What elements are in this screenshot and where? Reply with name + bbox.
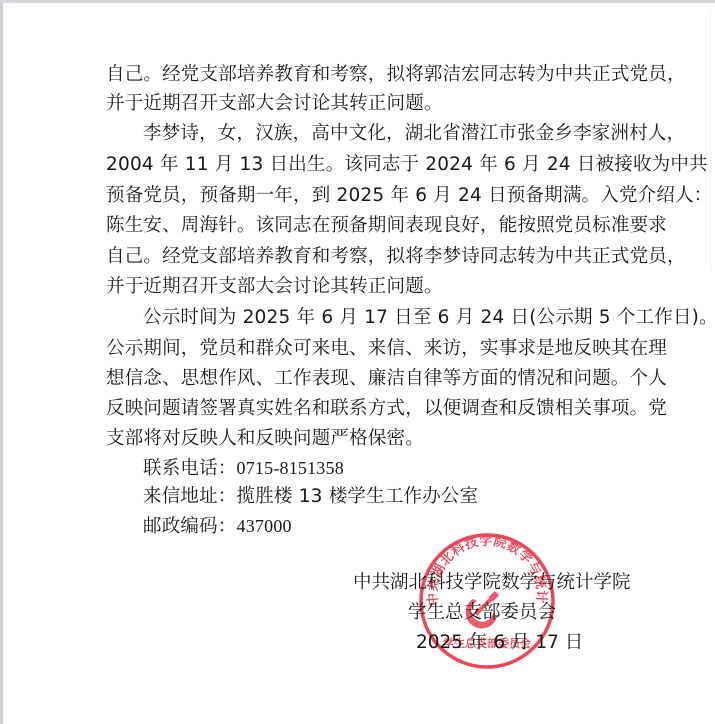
paragraph2-line5: 自己。经党支部培养教育和考察，拟将李梦诗同志转为中共正式党员， [106, 245, 686, 269]
paragraph3-line3: 想信念、思想作风、工作表现、廉洁自律等方面的情况和问题。个人 [106, 367, 667, 391]
paragraph2-line2: 2004 年 11 月 13 日出生。该同志于 2024 年 6 月 24 日被… [106, 153, 708, 177]
paragraph1-line1: 自己。经党支部培养教育和考察，拟将郭洁宏同志转为中共正式党员， [106, 63, 686, 87]
paragraph1-line2: 并于近期召开支部大会讨论其转正问题。 [106, 92, 443, 116]
contact-phone-label: 联系电话： [143, 458, 237, 479]
contact-address-value: 揽胜楼 13 楼学生工作办公室 [237, 486, 479, 507]
svg-text:中共湖北科技学院数学与统计学院: 中共湖北科技学院数学与统计学院 [417, 531, 549, 606]
signature-org-line2: 学生总支部委员会 [408, 601, 556, 625]
contact-phone-value: 0715-8151358 [237, 458, 344, 478]
contact-postcode: 邮政编码：437000 [143, 514, 292, 539]
signature-date-text: 2025 年 6 月 17 日 [416, 632, 583, 653]
paragraph3-line5: 支部将对反映人和反映问题严格保密。 [106, 427, 424, 451]
contact-address-label: 来信地址： [143, 486, 237, 507]
document-page: 自己。经党支部培养教育和考察，拟将郭洁宏同志转为中共正式党员， 并于近期召开支部… [0, 0, 715, 724]
paragraph3-line2: 公示期间，党员和群众可来电、来信、来访，实事求是地反映其在理 [106, 337, 667, 361]
signature-org-line1: 中共湖北科技学院数学与统计学院 [353, 571, 631, 595]
contact-address: 来信地址：揽胜楼 13 楼学生工作办公室 [143, 485, 478, 509]
signature-date: 2025 年 6 月 17 日 [416, 631, 583, 655]
paragraph2-line4: 陈生安、周海针。该同志在预备期间表现良好，能按照党员标准要求 [106, 214, 667, 238]
paragraph2-line6: 并于近期召开支部大会讨论其转正问题。 [106, 275, 443, 299]
page-edge [710, 11, 711, 271]
paragraph2-line1: 李梦诗，女，汉族，高中文化，湖北省潜江市张金乡李家洲村人， [143, 122, 685, 146]
paragraph2-line3: 预备党员，预备期一年，到 2025 年 6 月 24 日预备期满。入党介绍人： [106, 184, 712, 208]
contact-postcode-value: 437000 [237, 516, 292, 536]
paragraph3-line4: 反映问题请签署真实姓名和联系方式，以便调查和反馈相关事项。党 [106, 397, 667, 421]
contact-postcode-label: 邮政编码： [143, 516, 237, 537]
contact-phone: 联系电话：0715-8151358 [143, 456, 344, 481]
paragraph3-line1: 公示时间为 2025 年 6 月 17 日至 6 月 24 日(公示期 5 个工… [143, 306, 715, 330]
